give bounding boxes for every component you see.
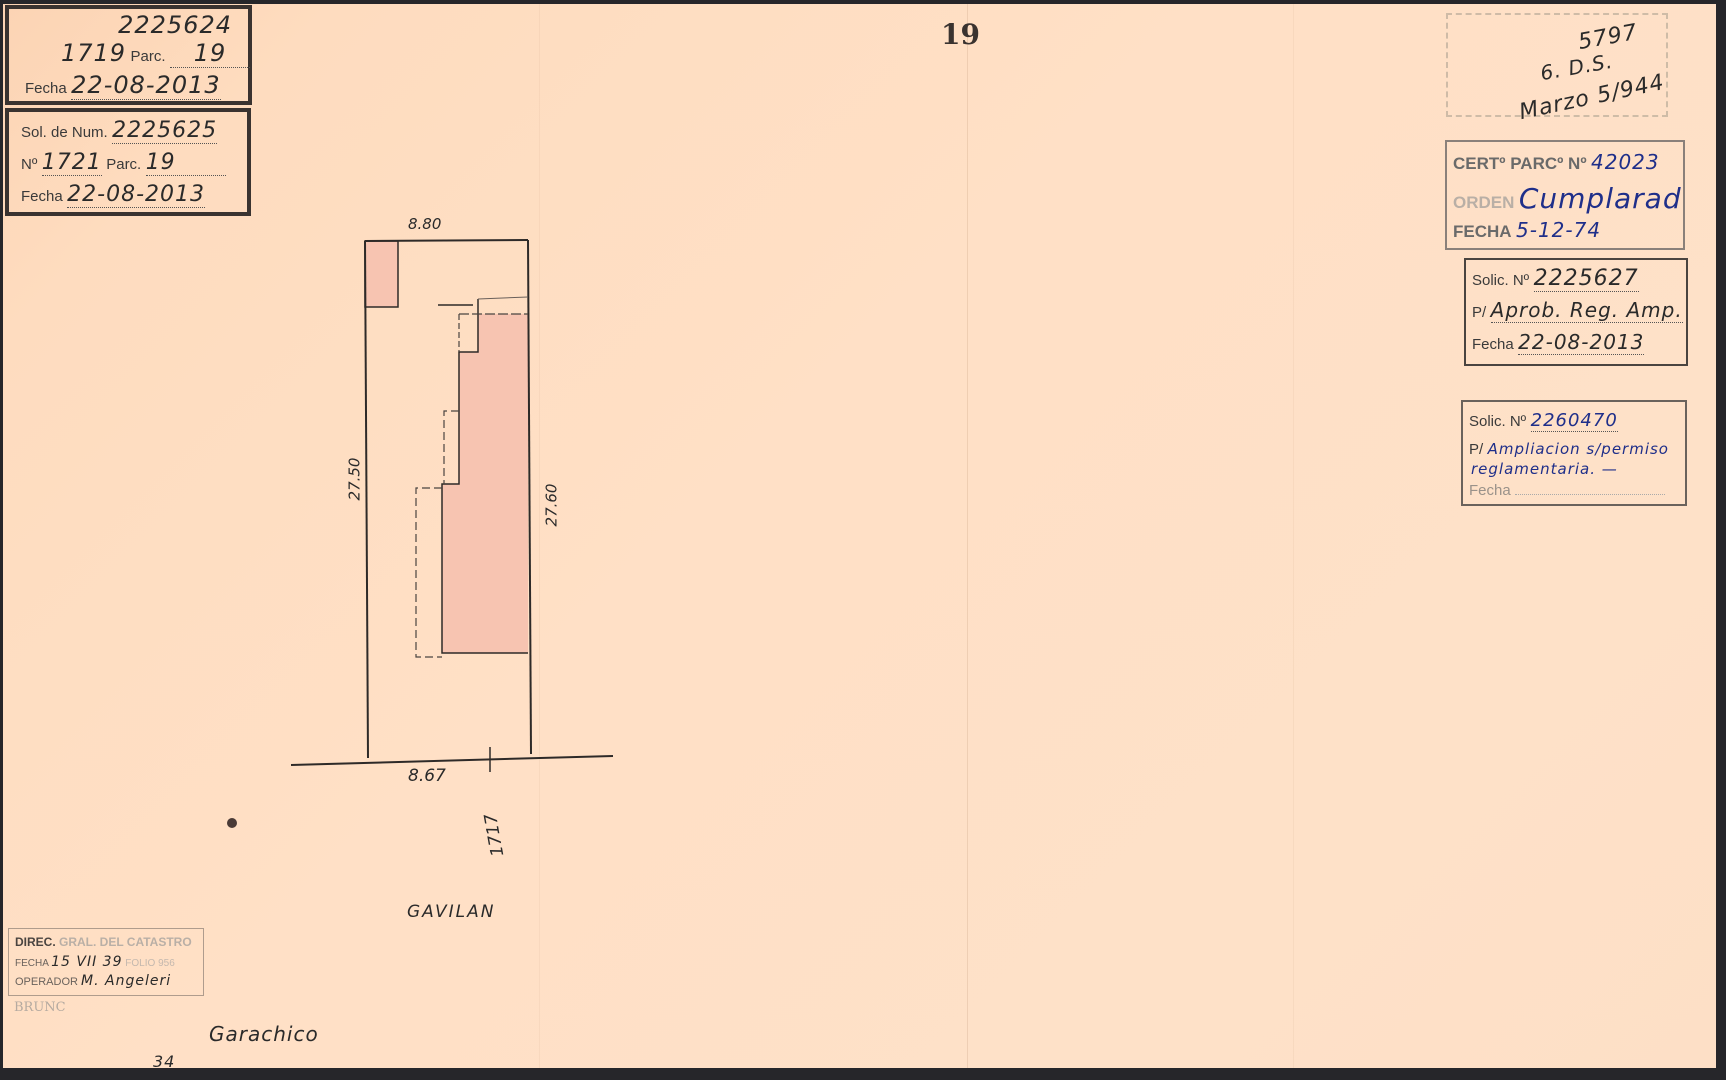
dimension-top: 8.80 <box>408 215 441 233</box>
dimension-bottom: 8.67 <box>408 766 446 786</box>
operator-value: M. Angeleri <box>81 973 171 989</box>
cadastre-header-faint: GRAL. DEL CATASTRO <box>59 935 192 949</box>
cadastre-stamp: DIREC. GRAL. DEL CATASTRO FECHA 15 VII 3… <box>8 928 204 996</box>
date-label: FECHA <box>15 958 48 969</box>
cadastre-header: DIREC. <box>15 935 56 949</box>
dimension-right: 27.60 <box>542 484 560 527</box>
sheet-number: 34 <box>153 1052 175 1071</box>
brunc-note: BRUNC <box>14 1000 66 1015</box>
cadastral-plan-page: 19 2225624 1719 Parc. 19 Fecha 22-08-201… <box>3 4 1716 1068</box>
plot-outbuilding <box>365 241 398 307</box>
signature: Garachico <box>209 1022 319 1046</box>
street-name: GAVILAN <box>407 902 495 922</box>
dimension-left: 27.50 <box>345 458 363 501</box>
folio-faint: FOLIO 956 <box>125 958 174 969</box>
operator-label: OPERADOR <box>15 976 78 988</box>
plot-plan-drawing <box>3 4 1716 1068</box>
date-value: 15 VII 39 <box>51 954 122 970</box>
